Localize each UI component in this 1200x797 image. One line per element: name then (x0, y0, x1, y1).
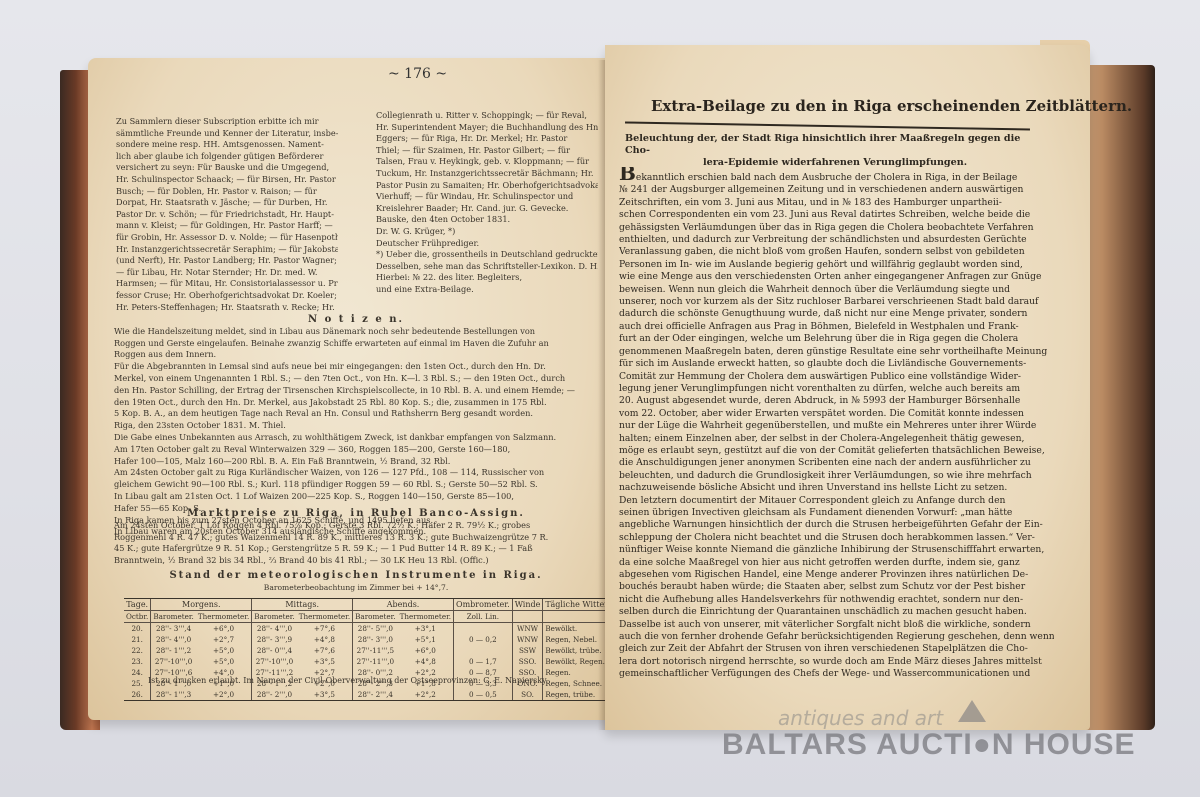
text-line: Roggen aus dem Innern. (114, 349, 598, 361)
text-line: den Hn. Pastor Schilling, der Ertrag der… (114, 385, 598, 397)
th-winds: Winde (512, 599, 543, 611)
text-line: wie eine Menge aus den verschiedensten O… (619, 271, 1054, 283)
cell-wind: WNW (512, 634, 543, 645)
cell-wind: WNW (512, 623, 543, 635)
text-line: selben durch die Einrichtung der Quarant… (619, 606, 1054, 618)
text-line-rest: ekanntlich erschien bald nach dem Ausbru… (636, 172, 1017, 183)
text-line: versichert zu seyn: Für Bauske und die U… (116, 162, 338, 174)
text-line: Hr. Schulinspector Schaack; — für Birsen… (116, 174, 338, 186)
text-line: angebliche Warnungen hinsichtlich der du… (619, 519, 1054, 531)
text-line: fessor Cruse; Hr. Oberhofgerichtsadvokat… (116, 290, 338, 302)
text-line: auch drei officielle Anfragen aus Prag i… (619, 321, 1054, 333)
text-line: gehässigsten Verläumdungen über das in R… (619, 222, 1054, 234)
market-section: Marktpreise zu Riga, in Rubel Banco-Assi… (114, 508, 598, 567)
text-line: Riga, den 23sten October 1831. M. Thiel. (114, 420, 598, 432)
th-m-bar: Barometer. (151, 611, 196, 623)
text-line: Am 24sten October. 1 Lof Roggen 4 Rbl. 7… (114, 520, 598, 532)
text-line: sämmtliche Freunde und Kenner der Litera… (116, 128, 338, 140)
cell-e-th: +3°,1 (398, 623, 454, 635)
text-line: Dr. W. G. Krüger, *) (376, 226, 598, 238)
cell-m-bar: 27''-10''',0 (151, 656, 196, 667)
cell-m-th: +2°,0 (196, 689, 252, 701)
text-line: lera dort notorisch nirgend herrschte, s… (619, 656, 1054, 668)
text-line: Pastor Pusin zu Samaiten; Hr. Oberhofger… (376, 180, 598, 192)
crown-icon (958, 700, 986, 722)
text-line: Personen im In- wie im Auslande begierig… (619, 259, 1054, 271)
text-line: Zeitschriften, ein vom 3. Juni aus Mitau… (619, 197, 1054, 209)
text-line: In Libau galt am 21sten Oct. 1 Lof Waize… (114, 491, 598, 503)
page-number: ~ 176 ~ (388, 66, 447, 82)
weather-section: Stand der meteorologischen Instrumente i… (114, 570, 598, 594)
notices-heading: N o t i z e n. (114, 314, 598, 326)
text-line: gemeinschaftlicher Verfügungen des Chefs… (619, 668, 1054, 680)
cell-m-bar: 28''- 1''',3 (151, 689, 196, 701)
text-line: — für Libau, Hr. Notar Sternder; Hr. Dr.… (116, 267, 338, 279)
text-line: gleichem Gewicht 90—100 Rbl. S.; Kurl. 1… (114, 479, 598, 491)
table-row: 21.28''- 4''',0+2°,728''- 3''',9+4°,828'… (124, 634, 628, 645)
text-line: Dasselbe ist auch von unserer, mit väter… (619, 619, 1054, 631)
text-line: bouchés beraubt haben würde; die Staaten… (619, 581, 1054, 593)
text-line: Für die Abgebrannten in Lemsal sind aufs… (114, 361, 598, 373)
cell-m-th: +2°,7 (196, 634, 252, 645)
text-line: vom 22. October, aber wider Erwarten ver… (619, 408, 1054, 420)
text-line: schen Correspondenten ein vom 23. Juni a… (619, 209, 1054, 221)
cell-day: 26. (124, 689, 151, 701)
text-line: genommenen Maaßregeln baten, deren günst… (619, 346, 1054, 358)
text-line: Busch; — für Doblen, Hr. Pastor v. Raiso… (116, 186, 338, 198)
text-line: (und Nerft), Hr. Pastor Landberg; Hr. Pa… (116, 255, 338, 267)
weather-table: Tage. Morgens. Mittags. Abends. Ombromet… (124, 598, 592, 701)
text-line: schleppung der Cholera nicht beachtet un… (619, 532, 1054, 544)
text-line: auch die von fernher drohende Gefahr ber… (619, 631, 1054, 643)
drop-cap: B (619, 167, 636, 184)
cell-ombro (454, 645, 513, 656)
watermark-logo: BALTARS AUCTI●N HOUSE (722, 728, 1136, 762)
text-line: die Anschuldigungen jener anonymen Scrib… (619, 457, 1054, 469)
cell-d-bar: 28''- 3''',9 (252, 634, 297, 645)
subtitle-line-1: Beleuchtung der, der Stadt Riga hinsicht… (625, 133, 1045, 157)
th-octbr: Octbr. (124, 611, 151, 623)
text-line: Roggen und Gerste eingelaufen. Beinahe z… (114, 338, 598, 350)
cell-e-bar: 28''- 3''',0 (353, 634, 398, 645)
text-line: beleuchten, und dadurch die Grundlosigke… (619, 470, 1054, 482)
text-line: Kreislehrer Baader; Hr. Cand. jur. G. Ge… (376, 203, 598, 215)
article-subtitle: Beleuchtung der, der Stadt Riga hinsicht… (625, 133, 1045, 169)
left-page: ~ 176 ~ Zu Sammlern dieser Subscription … (88, 58, 608, 720)
cell-ombro (454, 623, 513, 635)
cell-m-bar: 28''- 4''',0 (151, 634, 196, 645)
text-line: nicht die Aufhebung alles Handelsverkehr… (619, 594, 1054, 606)
cell-d-bar: 28''- 2''',0 (252, 689, 297, 701)
cell-e-bar: 27''-11''',0 (353, 656, 398, 667)
cell-e-th: +6°,0 (398, 645, 454, 656)
cell-m-th: +5°,0 (196, 645, 252, 656)
text-line: beweisen. Wenn nun gleich die Wahrheit d… (619, 284, 1054, 296)
cell-wind: SSO. (512, 656, 543, 667)
title-rule (625, 121, 1030, 130)
table-row: 20.28''- 3''',4+6°,028''- 4''',0+7°,628'… (124, 623, 628, 635)
text-line: enthielten, und dadurch zur Verbreitung … (619, 234, 1054, 246)
th-m-th: Thermometer. (196, 611, 252, 623)
notices-section: N o t i z e n. Wie die Handelszeitung me… (114, 314, 598, 538)
cell-m-th: +6°,0 (196, 623, 252, 635)
text-line: Hierbei: № 22. des liter. Begleiters, (376, 272, 598, 284)
text-line: seinen übrigen Invectiven gleichsam als … (619, 507, 1054, 519)
th-noon: Mittags. (252, 599, 353, 611)
text-line: Merkel, von einem Ungenannten 1 Rbl. S.;… (114, 373, 598, 385)
right-page: Extra-Beilage zu den in Riga erscheinend… (605, 45, 1090, 730)
th-days: Tage. (124, 599, 151, 611)
table-row: 22.28''- 1''',2+5°,028''- 0''',4+7°,627'… (124, 645, 628, 656)
cell-e-th: +2°,2 (398, 689, 454, 701)
cell-day: 22. (124, 645, 151, 656)
cell-d-bar: 28''- 0''',4 (252, 645, 297, 656)
text-line: Thiel; — für Szaimen, Hr. Pastor Gilbert… (376, 145, 598, 157)
subscription-column-2: Collegienrath u. Ritter v. Schoppingk; —… (376, 110, 598, 296)
cell-d-th: +4°,8 (297, 634, 353, 645)
text-line: Branntwein, ½ Brand 32 bis 34 Rbl., ⅔ Br… (114, 555, 598, 567)
cell-e-bar: 28''- 2''',4 (353, 689, 398, 701)
text-line: abgesehen vom Rigischen Handel, eine Men… (619, 569, 1054, 581)
watermark-tagline: antiques and art (778, 706, 943, 730)
article-body: Bekanntlich erschien bald nach dem Ausbr… (619, 167, 1054, 681)
market-heading: Marktpreise zu Riga, in Rubel Banco-Assi… (114, 508, 598, 520)
text-line: Vierhuff; — für Windau, Hr. Schulinspect… (376, 191, 598, 203)
text-line: Hafer 100—105, Malz 160—200 Rbl. B. A. E… (114, 456, 598, 468)
text-line: für sich im Auslande erweckt hatten, so … (619, 358, 1054, 370)
text-line: Am 24sten October galt zu Riga Kurländis… (114, 467, 598, 479)
table-row: 23.27''-10''',0+5°,027''-10''',0+3°,527'… (124, 656, 628, 667)
text-line: Roggenmehl 4 R. 47 K.; gutes Waizenmehl … (114, 532, 598, 544)
text-line: 5 Kop. B. A., an dem heutigen Tage nach … (114, 408, 598, 420)
text-line: Desselben, sehe man das Schriftsteller-L… (376, 261, 598, 273)
cell-d-th: +7°,6 (297, 623, 353, 635)
cell-wind: SO. (512, 689, 543, 701)
cell-d-th: +3°,5 (297, 689, 353, 701)
text-line: und eine Extra-Beilage. (376, 284, 598, 296)
cell-ombro: 0 — 0,5 (454, 689, 513, 701)
text-line: Hr. Superintendent Mayer; die Buchhandlu… (376, 122, 598, 134)
text-line: sondere meine resp. HH. Amtsgenossen. Na… (116, 139, 338, 151)
text-line: unserer, noch vor kurzem als der Sitz ru… (619, 296, 1054, 308)
text-line: Eggers; — für Riga, Hr. Dr. Merkel; Hr. … (376, 133, 598, 145)
cell-m-bar: 28''- 1''',2 (151, 645, 196, 656)
text-line: Hr. Instanzgerichtssecretär Seraphim; — … (116, 244, 338, 256)
text-line: furt an der Oder eingingen, welche um Be… (619, 333, 1054, 345)
cell-ombro: 0 — 1,7 (454, 656, 513, 667)
text-line: gleich zur Zeit der Abfahrt der Strusen … (619, 643, 1054, 655)
cell-wind: SSW (512, 645, 543, 656)
cell-d-bar: 28''- 4''',0 (252, 623, 297, 635)
text-line: legung jener Verunglimpfungen nicht vore… (619, 383, 1054, 395)
text-line: 45 K.; gute Hafergrütze 9 R. 51 Kop.; Ge… (114, 543, 598, 555)
cell-day: 24. (124, 667, 151, 678)
cell-e-th: +5°,1 (398, 634, 454, 645)
text-line: № 241 der Augsburger allgemeinen Zeitung… (619, 184, 1054, 196)
cell-d-th: +7°,6 (297, 645, 353, 656)
supplement-title: Extra-Beilage zu den in Riga erscheinend… (651, 97, 1132, 115)
text-line: für Grobin, Hr. Assessor D. v. Nolde; — … (116, 232, 338, 244)
text-line: Deutscher Frühprediger. (376, 238, 598, 250)
text-line: da eine solche Maaßregel von hier aus ni… (619, 557, 1054, 569)
text-line: Bekanntlich erschien bald nach dem Ausbr… (619, 167, 1054, 184)
th-d-bar: Barometer. (252, 611, 297, 623)
cell-e-bar: 28''- 5''',0 (353, 623, 398, 635)
text-line: nünftiger Weise konnte Niemand die gänzl… (619, 544, 1054, 556)
text-line: nachzuweisende bösliche Absicht und ihre… (619, 482, 1054, 494)
text-line: lich aber glaube ich folgender gütigen B… (116, 151, 338, 163)
cell-e-bar: 27''-11''',5 (353, 645, 398, 656)
imprint-line: Ist zu drucken erlaubt. Im Namen der Civ… (148, 676, 548, 685)
th-e-th: Thermometer. (398, 611, 454, 623)
text-line: Talsen, Frau v. Heykingk, geb. v. Kloppm… (376, 156, 598, 168)
text-line: Tuckum, Hr. Instanzgerichtssecretär Bäch… (376, 168, 598, 180)
th-morning: Morgens. (151, 599, 252, 611)
text-line: Zu Sammlern dieser Subscription erbitte … (116, 116, 338, 128)
th-ombrometer: Ombrometer. (454, 599, 513, 611)
th-d-th: Thermometer. (297, 611, 353, 623)
cell-m-bar: 28''- 3''',4 (151, 623, 196, 635)
th-e-bar: Barometer. (353, 611, 398, 623)
cell-e-th: +4°,8 (398, 656, 454, 667)
book-cover-right (1080, 65, 1155, 730)
weather-subheading: Barometerbeobachtung im Zimmer bei + 14°… (114, 582, 598, 594)
text-line: Am 17ten October galt zu Reval Winterwai… (114, 444, 598, 456)
th-wind-sub (512, 611, 543, 623)
text-line: mann v. Kleist; — für Goldingen, Hr. Pas… (116, 220, 338, 232)
cell-day: 23. (124, 656, 151, 667)
text-line: Wie die Handelszeitung meldet, sind in L… (114, 326, 598, 338)
text-line: Veranlassung gaben, die nicht bloß vom g… (619, 246, 1054, 258)
th-zoll: Zoll. Lin. (454, 611, 513, 623)
text-line: 20. August abgesendet wurde, deren Abdru… (619, 395, 1054, 407)
text-line: Harmsen; — für Mitau, Hr. Consistorialas… (116, 278, 338, 290)
text-line: möge es erlaubt seyn, gestützt auf die v… (619, 445, 1054, 457)
weather-heading: Stand der meteorologischen Instrumente i… (114, 570, 598, 582)
text-line: Den letztern documentirt der Mitauer Cor… (619, 495, 1054, 507)
text-line: Die Gabe eines Unbekannten aus Arrasch, … (114, 432, 598, 444)
text-line: dadurch die schönste Genugthuung wurde, … (619, 308, 1054, 320)
text-line: Comität zur Hemmung der Cholera dem ausw… (619, 371, 1054, 383)
th-evening: Abends. (353, 599, 454, 611)
text-line: *) Ueber die, grossentheils in Deutschla… (376, 249, 598, 261)
text-line: Dorpat, Hr. Staatsrath v. Jäsche; — für … (116, 197, 338, 209)
text-line: Hr. Peters-Steffenhagen; Hr. Staatsrath … (116, 302, 338, 314)
text-line: nur der Lüge die Wahrheit gegenüberstell… (619, 420, 1054, 432)
cell-day: 25. (124, 678, 151, 689)
cell-m-th: +5°,0 (196, 656, 252, 667)
text-line: Bauske, den 4ten October 1831. (376, 214, 598, 226)
text-line: Collegienrath u. Ritter v. Schoppingk; —… (376, 110, 598, 122)
text-line: halten; einem Einzelnen aber, der selbst… (619, 433, 1054, 445)
table-row: 26.28''- 1''',3+2°,028''- 2''',0+3°,528'… (124, 689, 628, 701)
cell-d-bar: 27''-10''',0 (252, 656, 297, 667)
text-line: den 19ten Oct., durch den Hn. Dr. Merkel… (114, 397, 598, 409)
cell-ombro: 0 — 0,2 (454, 634, 513, 645)
cell-day: 20. (124, 623, 151, 635)
subscription-column: Zu Sammlern dieser Subscription erbitte … (116, 116, 338, 313)
cell-day: 21. (124, 634, 151, 645)
text-line: Pastor Dr. v. Schön; — für Friedrichstad… (116, 209, 338, 221)
cell-d-th: +3°,5 (297, 656, 353, 667)
